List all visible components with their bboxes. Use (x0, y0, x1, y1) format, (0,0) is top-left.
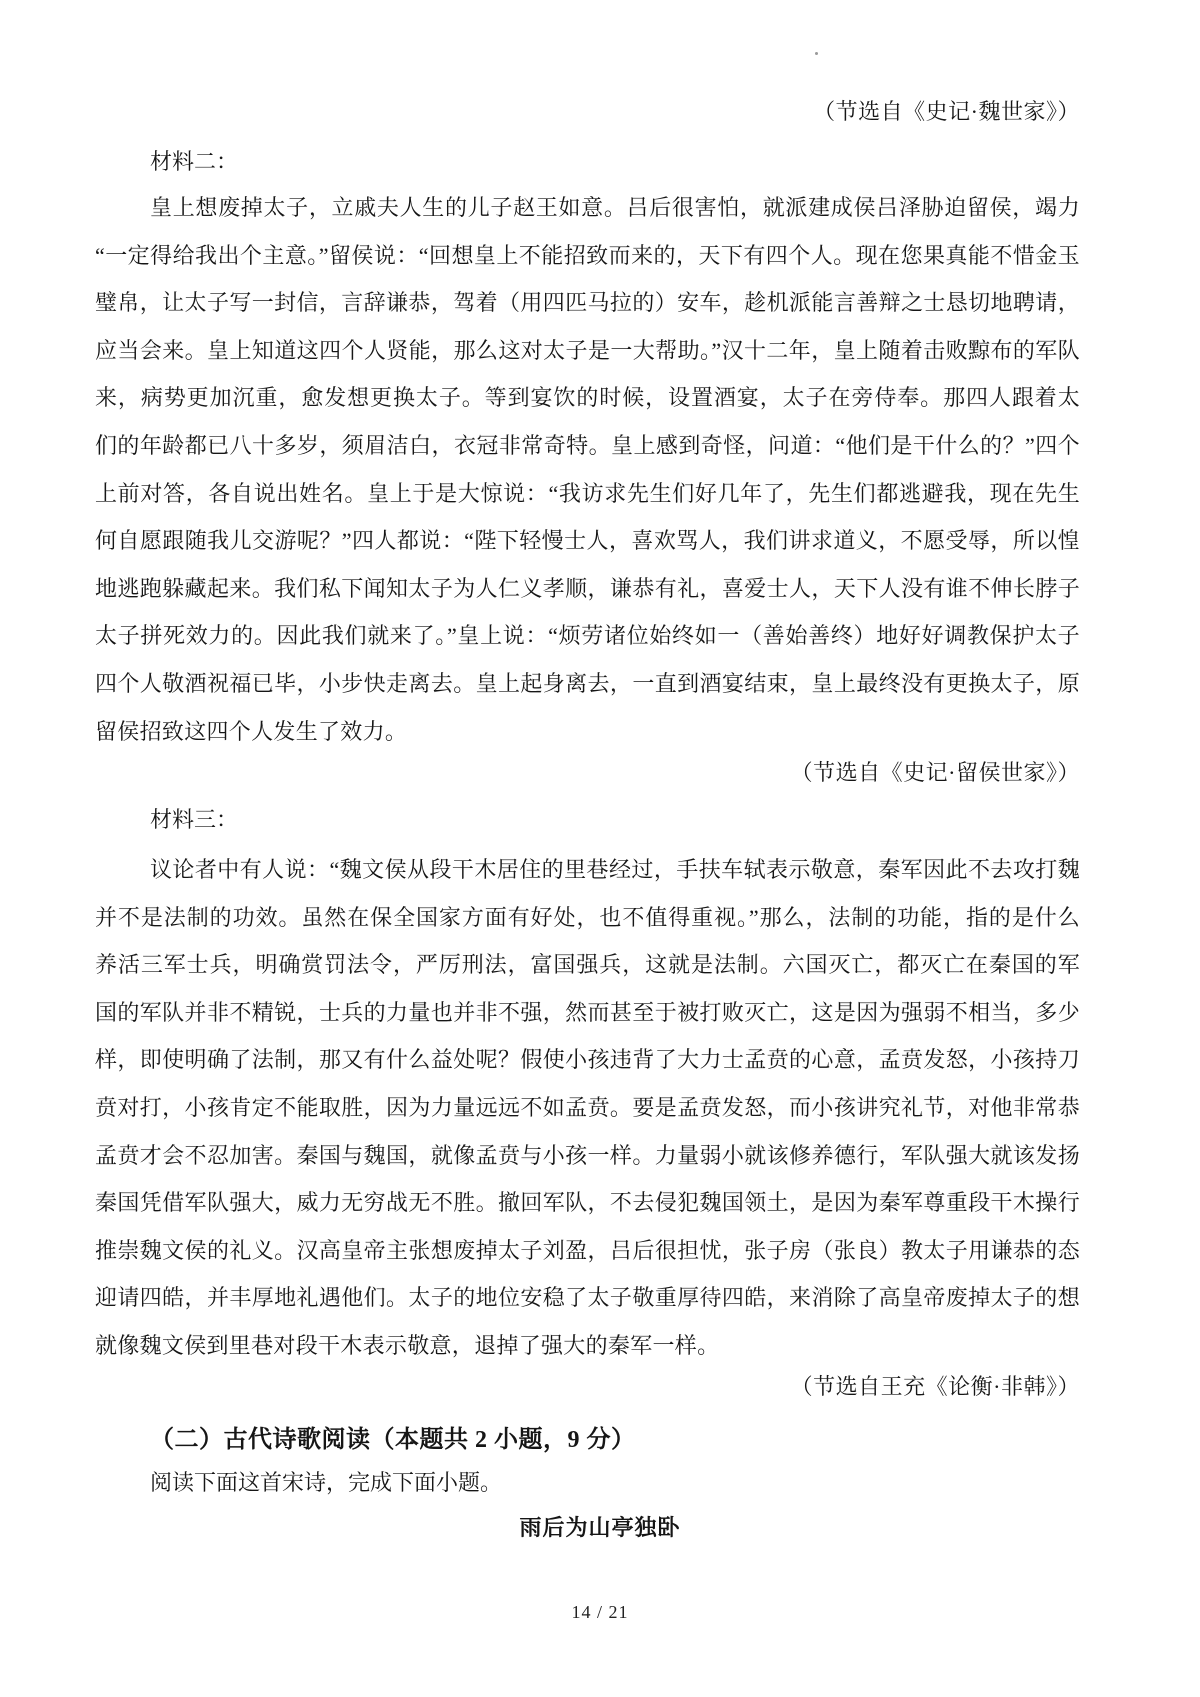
text-line: 孟贲才会不忍加害。秦国与魏国，就像孟贲与小孩一样。力量弱小就该修养德行，军队强大… (95, 1132, 1080, 1180)
text-line: 何自愿跟随我儿交游呢？”四人都说：“陛下轻慢士人，喜欢骂人，我们讲求道义，不愿受… (95, 517, 1080, 565)
text-line: 上前对答，各自说出姓名。皇上于是大惊说：“我访求先生们好几年了，先生们都逃避我，… (95, 470, 1080, 518)
text-line: 国的军队并非不精锐，士兵的力量也并非不强，然而甚至于被打败灭亡，这是因为强弱不相… (95, 989, 1080, 1037)
citation-shiji-liuhou-shijia: （节选自《史记·留侯世家》） (791, 758, 1080, 788)
citation-lunheng-feihan: （节选自王充《论衡·非韩》） (791, 1372, 1080, 1402)
page-number: 14 / 21 (0, 1600, 1200, 1624)
text-line: 样，即使明确了法制，那又有什么益处呢？假使小孩违背了大力士孟贲的心意，孟贲发怒，… (95, 1036, 1080, 1084)
text-line: 四个人敬酒祝福已毕，小步快走离去。皇上起身离去，一直到酒宴结束，皇上最终没有更换… (95, 660, 1080, 708)
section-heading: （二）古代诗歌阅读（本题共 2 小题，9 分） (150, 1423, 636, 1457)
text-line: 留侯招致这四个人发生了效力。 (95, 708, 1080, 756)
reading-instruction: 阅读下面这首宋诗，完成下面小题。 (150, 1468, 502, 1498)
citation-shiji-weishijia: （节选自《史记·魏世家》） (813, 97, 1080, 127)
material3-paragraph: 议论者中有人说：“魏文侯从段干木居住的里巷经过，手扶车轼表示敬意，秦军因此不去攻… (95, 846, 1080, 1370)
text-line: 议论者中有人说：“魏文侯从段干木居住的里巷经过，手扶车轼表示敬意，秦军因此不去攻… (95, 846, 1080, 894)
text-line: 皇上想废掉太子，立戚夫人生的儿子赵王如意。吕后很害怕，就派建成侯吕泽胁迫留侯，竭… (95, 184, 1080, 232)
text-line: 来，病势更加沉重，愈发想更换太子。等到宴饮的时候，设置酒宴，太子在旁侍奉。那四人… (95, 374, 1080, 422)
poem-title: 雨后为山亭独卧 (0, 1513, 1200, 1543)
text-line: 并不是法制的功效。虽然在保全国家方面有好处，也不值得重视。”那么，法制的功能，指… (95, 894, 1080, 942)
text-line: 璧帛，让太子写一封信，言辞谦恭，驾着（用四匹马拉的）安车，趁机派能言善辩之士恳切… (95, 279, 1080, 327)
material2-paragraph: 皇上想废掉太子，立戚夫人生的儿子赵王如意。吕后很害怕，就派建成侯吕泽胁迫留侯，竭… (95, 184, 1080, 755)
text-line: 推崇魏文侯的礼义。汉高皇帝主张想废掉太子刘盈，吕后很担忧，张子房（张良）教太子用… (95, 1227, 1080, 1275)
text-line: 就像魏文侯到里巷对段干木表示敬意，退掉了强大的秦军一样。 (95, 1322, 1080, 1370)
document-page: { "citations": { "material1_source": "（节… (0, 0, 1200, 1697)
text-line: 们的年龄都已八十多岁，须眉洁白，衣冠非常奇特。皇上感到奇怪，问道：“他们是干什么… (95, 422, 1080, 470)
stray-mark-dot (815, 52, 818, 55)
text-line: 贲对打，小孩肯定不能取胜，因为力量远远不如孟贲。要是孟贲发怒，而小孩讲究礼节，对… (95, 1084, 1080, 1132)
text-line: 迎请四皓，并丰厚地礼遇他们。太子的地位安稳了太子敬重厚待四皓，来消除了高皇帝废掉… (95, 1274, 1080, 1322)
material3-label: 材料三： (150, 805, 238, 835)
text-line: 太子拼死效力的。因此我们就来了。”皇上说：“烦劳诸位始终如一（善始善终）地好好调… (95, 612, 1080, 660)
text-line: “一定得给我出个主意。”留侯说：“回想皇上不能招致而来的，天下有四个人。现在您果… (95, 232, 1080, 280)
text-line: 养活三军士兵，明确赏罚法令，严厉刑法，富国强兵，这就是法制。六国灭亡，都灭亡在秦… (95, 941, 1080, 989)
material2-label: 材料二： (150, 147, 238, 177)
text-line: 应当会来。皇上知道这四个人贤能，那么这对太子是一大帮助。”汉十二年，皇上随着击败… (95, 327, 1080, 375)
text-line: 秦国凭借军队强大，威力无穷战无不胜。撤回军队，不去侵犯魏国领土，是因为秦军尊重段… (95, 1179, 1080, 1227)
text-line: 地逃跑躲藏起来。我们私下闻知太子为人仁义孝顺，谦恭有礼，喜爱士人，天下人没有谁不… (95, 565, 1080, 613)
